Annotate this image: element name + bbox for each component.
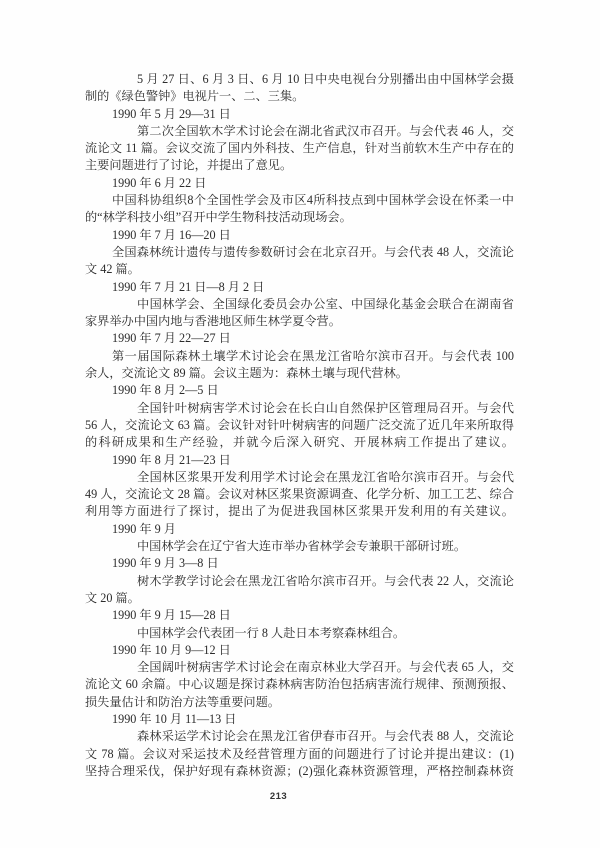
text-line: 1990 年 10 月 9—12 日 [85,642,514,659]
text-line: 损失量估计和防治方法等重要问题。 [85,694,514,711]
text-line: 的科研成果和生产经验，并就今后深入研究、开展林病工作提出了建议。 [85,434,514,451]
text-line: 文 78 篇。会议对采运技术及经营管理方面的问题进行了讨论并提出建议：(1) [85,746,514,763]
text-line: 1990 年 9 月 3—8 日 [85,555,514,572]
text-line: 家界举办中国内地与香港地区师生林学夏令营。 [85,313,514,330]
text-line: 制的《绿色警钟》电视片一、二、三集。 [85,88,514,105]
text-line: 文 20 篇。 [85,590,514,607]
text-line: 56 人，交流论文 63 篇。会议针对针叶树病害的问题广泛交流了近几年来所取得 [85,417,514,434]
text-line: 树木学教学讨论会在黑龙江省哈尔滨市召开。与会代表 22 人，交流论 [85,573,514,590]
text-line: 1990 年 9 月 [85,521,514,538]
text-line: 主要问题进行了讨论，并提出了意见。 [85,157,514,174]
text-line: 中国林学会在辽宁省大连市举办省林学会专兼职干部研讨班。 [85,538,514,555]
document-page: 5 月 27 日、6 月 3 日、6 月 10 日中央电视台分别播出由中国林学会… [0,0,600,848]
text-line: 1990 年 8 月 21—23 日 [85,452,514,469]
text-line: 中国科协组织8个全国性学会及市区4所科技点到中国林学会设在怀柔一中 [85,192,514,209]
text-line: 流论文 60 余篇。中心议题是探讨森林病害防治包括病害流行规律、预测预报、 [85,676,514,693]
page-number: 213 [270,791,287,802]
text-line: 利用等方面进行了探讨，提出了为促进我国林区浆果开发利用的有关建议。 [85,503,514,520]
text-line: 1990 年 7 月 22—27 日 [85,330,514,347]
text-line: 的“林学科技小组”召开中学生物科技活动现场会。 [85,209,514,226]
text-line: 全国森林统计遗传与遗传参数研讨会在北京召开。与会代表 48 人，交流论 [85,244,514,261]
text-line: 全国林区浆果开发利用学术讨论会在黑龙江省哈尔滨市召开。与会代表 [85,469,514,486]
text-line: 1990 年 5 月 29—31 日 [85,106,514,123]
text-line: 余人，交流论文 89 篇。会议主题为：森林土壤与现代营林。 [85,365,514,382]
text-line: 森林采运学术讨论会在黑龙江省伊春市召开。与会代表 88 人，交流论 [85,728,514,745]
text-line: 第一届国际森林土壤学术讨论会在黑龙江省哈尔滨市召开。与会代表 100 [85,348,514,365]
text-line: 中国林学会、全国绿化委员会办公室、中国绿化基金会联合在湖南省张 [85,296,514,313]
page-footer: 213 [85,786,514,804]
text-line: 1990 年 10 月 11—13 日 [85,711,514,728]
text-line: 1990 年 6 月 22 日 [85,175,514,192]
text-line: 流论文 11 篇。会议交流了国内外科技、生产信息，针对当前软木生产中存在的 [85,140,514,157]
text-line: 坚持合理采伐，保护好现有森林资源；(2)强化森林资源管理，严格控制森林资 [85,763,514,780]
text-line: 全国针叶树病害学术讨论会在长白山自然保护区管理局召开。与会代表 [85,400,514,417]
text-line: 1990 年 9 月 15—28 日 [85,607,514,624]
text-line: 1990 年 7 月 16—20 日 [85,227,514,244]
text-line: 第二次全国软木学术讨论会在湖北省武汉市召开。与会代表 46 人，交 [85,123,514,140]
text-line: 中国林学会代表团一行 8 人赴日本考察森林组合。 [85,625,514,642]
text-line: 49 人，交流论文 28 篇。会议对林区浆果资源调查、化学分析、加工工艺、综合 [85,486,514,503]
text-line: 1990 年 8 月 2—5 日 [85,382,514,399]
text-line: 全国阔叶树病害学术讨论会在南京林业大学召开。与会代表 65 人，交 [85,659,514,676]
text-line: 1990 年 7 月 21 日—8 月 2 日 [85,279,514,296]
chronicle-text-block: 5 月 27 日、6 月 3 日、6 月 10 日中央电视台分别播出由中国林学会… [85,71,514,780]
text-line: 文 42 篇。 [85,261,514,278]
text-line: 5 月 27 日、6 月 3 日、6 月 10 日中央电视台分别播出由中国林学会… [85,71,514,88]
